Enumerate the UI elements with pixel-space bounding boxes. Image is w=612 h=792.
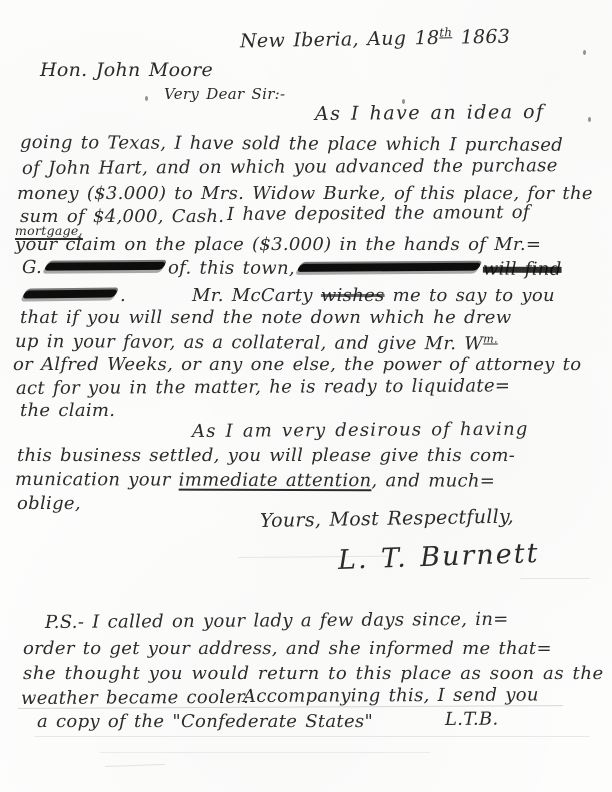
letter-text-segment: As I am very desirous of having [192,419,529,442]
body-line: going to Texas, I have sold the place wh… [20,133,563,156]
letter-text-segment: that if you will send the note down whic… [20,307,511,328]
redaction-strikeout [43,262,166,271]
body-line: of John Hart, and on which you advanced … [22,156,558,179]
body-line: your claim on the place ($3.000) in the … [15,235,541,255]
scan-speck [588,117,591,122]
letter-text-segment: Hon. John Moore [40,59,213,81]
letter-text-segment: , and much= [371,470,495,491]
scan-artifact-line [105,764,165,767]
letter-text-segment: or Alfred Weeks, or any one else, the po… [13,354,581,375]
body-line: or Alfred Weeks, or any one else, the po… [13,355,581,375]
spacer [126,281,192,301]
postscript-line: P.S.- I called on your lady a few days s… [45,610,509,633]
redaction-strikeout [296,263,482,272]
salutation-line: Very Dear Sir:- [164,86,285,103]
letter-text-segment: will find [483,259,562,280]
letter-text-segment: P.S.- I called on your lady a few days s… [45,609,509,633]
letter-text-segment: going to Texas, I have sold the place wh… [20,132,563,156]
letter-text-segment: As I have an idea of [315,101,545,125]
letter-text-segment: wishes [321,285,385,306]
letter-text-segment: your claim on the place ($3.000) in the … [15,234,541,255]
body-line: munication your immediate attention, and… [15,470,495,491]
redaction-strikeout [21,289,118,298]
postscript-line: weather became cooler. [21,688,249,709]
scan-speck [583,50,586,55]
letter-text-segment: New Iberia, Aug 18 [240,27,440,52]
body-line: this business settled, you will please g… [17,446,515,466]
letter-text-segment: money ($3.000) to Mrs. Widow Burke, of t… [17,183,593,204]
letter-text-segment: order to get your address, and she infor… [23,638,552,659]
body-line-redacted: G. of. this town, will find [22,258,562,280]
closing-line: Yours, Most Respectfully, [260,507,514,532]
letter-text-segment: Yours, Most Respectfully, [260,506,514,532]
letter-text-segment: munication your [15,469,179,491]
recipient-line: Hon. John Moore [40,60,213,81]
body-line-redacted: . Mr. McCarty wishes me to say to you [20,281,555,306]
date-line: New Iberia, Aug 18th 1863 [240,25,511,52]
letter-text-segment: me to say to you [385,285,555,306]
letter-text-segment: the claim. [20,400,115,421]
letter-text-segment: act for you in the matter, he is ready t… [16,375,510,399]
letter-text-segment: Mr. McCarty [192,285,321,306]
letter-text-segment: 1863 [452,26,510,49]
postscript-line: a copy of the "Confederate States" [37,712,373,732]
scan-artifact-line [100,752,430,753]
body-line: As I have an idea of [315,102,545,125]
scan-artifact-line [520,578,590,579]
body-line: up in your favor, as a collateral, and g… [15,331,498,354]
letter-text-segment: Accompanying this, I send you [243,684,539,707]
letter-text-segment: weather became cooler. [21,687,249,709]
letter-text-segment: up in your favor, as a collateral, and g… [15,331,483,354]
postscript-line: Accompanying this, I send you [243,685,539,706]
letter-text-segment: of. this town, [168,258,295,279]
signature-line: L. T. Burnett [337,539,539,576]
letter-text-segment: th [439,25,452,39]
letter-text-segment: this business settled, you will please g… [17,445,515,466]
letter-text-segment: G. [22,257,42,278]
letter-text-segment: L. T. Burnett [337,538,539,576]
letter-text-segment: oblige, [17,493,81,514]
body-line: money ($3.000) to Mrs. Widow Burke, of t… [17,184,593,204]
body-line: I have deposited the amount of [227,203,530,225]
scan-speck [402,99,405,104]
body-line: act for you in the matter, he is ready t… [16,376,510,398]
initials-line: L.T.B. [445,710,499,730]
letter-text-segment: L.T.B. [445,709,499,730]
letter-text-segment: Very Dear Sir:- [164,85,285,103]
letter-text-segment: I have deposited the amount of [227,202,530,225]
body-line: As I am very desirous of having [192,420,529,442]
postscript-line: order to get your address, and she infor… [23,639,552,659]
letter-text-segment: she thought you would return to this pla… [23,663,604,684]
letter-text-segment: immediate attention [179,470,372,492]
body-line: that if you will send the note down whic… [20,308,511,328]
letter-text-segment: of John Hart, and on which you advanced … [22,155,558,179]
body-line: the claim. [20,401,115,421]
scan-artifact-line [35,736,590,737]
letter-text-segment: m. [483,332,498,345]
postscript-line: she thought you would return to this pla… [23,664,604,684]
letter-sheet: New Iberia, Aug 18th 1863Hon. John Moore… [0,0,612,792]
body-line: oblige, [17,494,81,514]
letter-text-segment: a copy of the "Confederate States" [37,711,373,732]
scan-speck [145,96,148,101]
